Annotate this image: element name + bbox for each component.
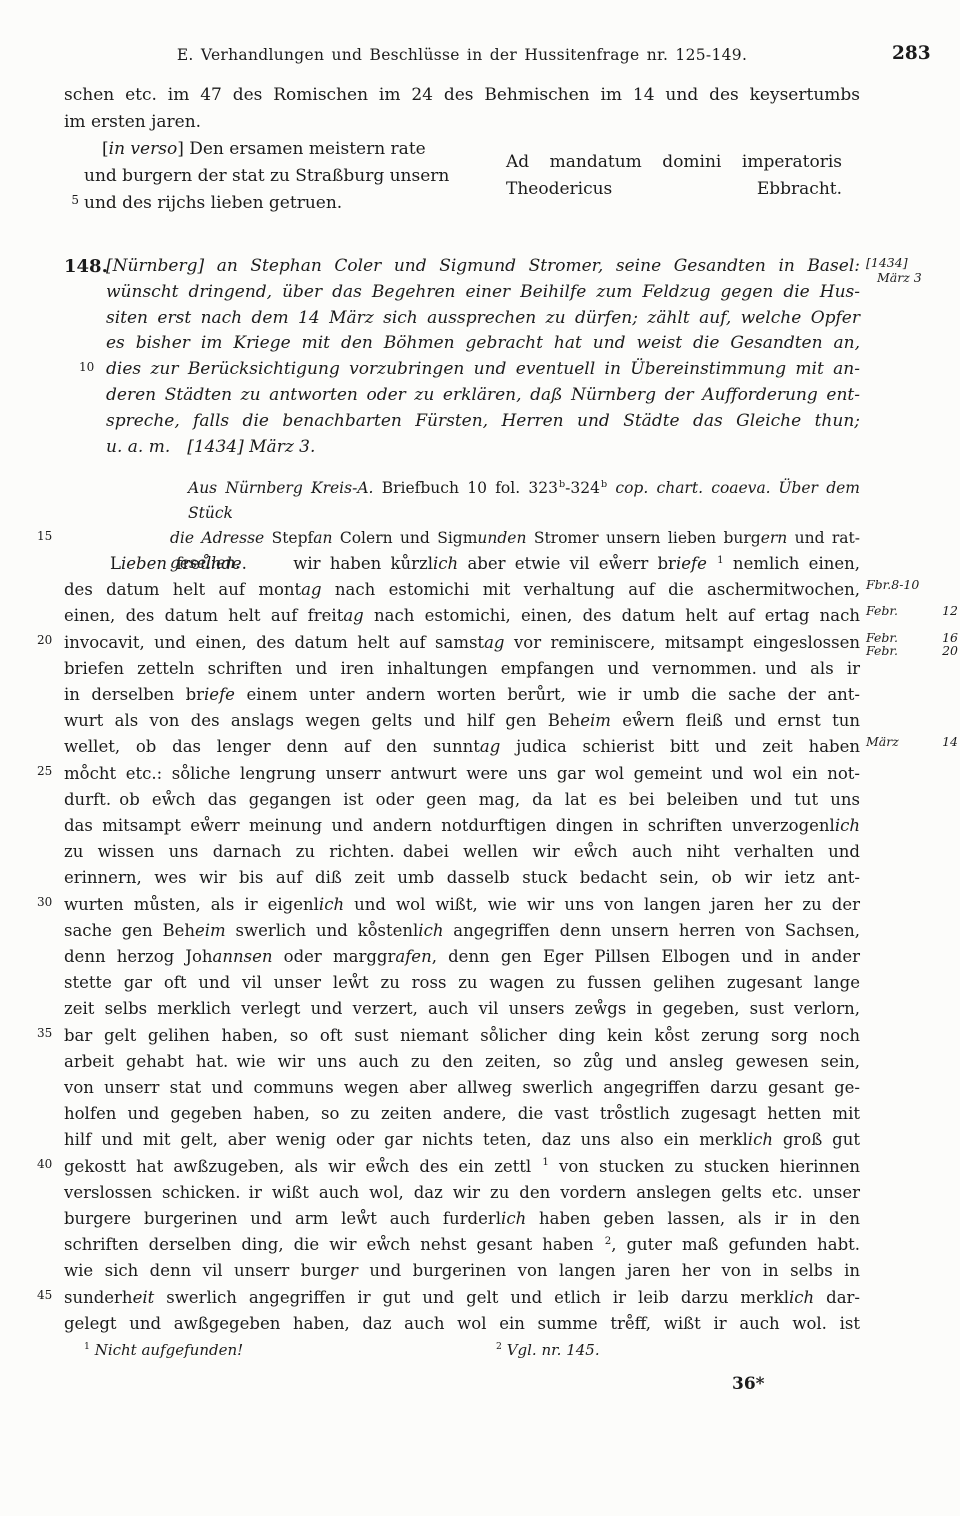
mandate-block: Ad mandatum domini imperatorisTheodericu… — [506, 149, 842, 203]
footnote-2: 2 Vgl. nr. 145. — [496, 1341, 600, 1359]
letter-line: burgere burgerinen und arm leẘt auch fur… — [64, 1206, 860, 1232]
letter-line: wurt als von des anslags wegen gelts und… — [64, 708, 860, 734]
margin-date-note: März 14 — [866, 735, 958, 749]
summary-line: dies zur Berücksichtigung vorzubringen u… — [106, 357, 860, 383]
letter-line: erinnern, wes wir bis auf diß zeit umb d… — [64, 865, 860, 891]
line-number: 20 — [37, 634, 59, 646]
margin-date-note: Fbr.8-10 — [866, 578, 958, 592]
letter-line: durft. ob eẘch das gegangen ist oder gee… — [64, 787, 860, 813]
running-head-title: E. Verhandlungen und Beschlüsse in der H… — [64, 46, 860, 64]
summary-line: es bisher im Kriege mit den Böhmen gebra… — [106, 331, 860, 357]
letter-line: briefen zetteln schriften und iren inhal… — [64, 656, 860, 682]
book-page: E. Verhandlungen und Beschlüsse in der H… — [0, 0, 960, 1516]
address-line: [in verso] Den ersamen meistern rate — [84, 136, 494, 163]
letter-line: zeit selbs merklich verlegt und verzert,… — [64, 996, 860, 1022]
letter-line: wellet, ob das lenger denn auf den sunnt… — [64, 734, 860, 760]
line-number: 10 — [79, 361, 101, 373]
summary-line: wünscht dringend, über das Begehren eine… — [106, 280, 860, 306]
intro-line: im ersten jaren. — [64, 109, 860, 136]
address-line: und burgern der stat zu Straßburg unsern — [84, 163, 494, 190]
summary-line: [Nürnberg] an Stephan Coler und Sigmund … — [106, 254, 860, 280]
letter-line: holfen und gegeben haben, so zu zeiten a… — [64, 1101, 860, 1127]
letter-line: mo̊cht etc.: so̊liche lengrung unserr an… — [64, 761, 860, 787]
letter-line: stette gar oft und vil unser leẘt zu ros… — [64, 970, 860, 996]
intro-line: schen etc. im 47 des Romischen im 24 des… — [64, 82, 860, 109]
footnote-1: 1 Nicht aufgefunden! — [84, 1341, 243, 1359]
letter-line: wurten můsten, als ir eigenlich und wol … — [64, 892, 860, 918]
line-number: 30 — [37, 896, 59, 908]
page-number: 283 — [892, 43, 931, 64]
letter-line: bar gelt gelihen haben, so oft sust niem… — [64, 1023, 860, 1049]
intro-paragraph: schen etc. im 47 des Romischen im 24 des… — [64, 82, 860, 136]
signature-mark: 36* — [732, 1374, 765, 1394]
source-line: die Adresse Stepfan Colern und Sigmunden… — [64, 526, 860, 551]
letter-line: Lieben freůnde. wir haben kůrzlich aber … — [64, 551, 860, 577]
mandate-line: Ad mandatum domini imperatoris — [506, 149, 842, 176]
letter-line: einen, des datum helt auf freitag nach e… — [64, 603, 860, 629]
summary-line: u. a. m. [1434] März 3. — [106, 435, 860, 461]
running-head: E. Verhandlungen und Beschlüsse in der H… — [64, 46, 860, 64]
letter-body: Lieben freůnde. wir haben kůrzlich aber … — [64, 551, 860, 1337]
letter-line: von unserr stat und communs wegen aber a… — [64, 1075, 860, 1101]
letter-line: das mitsampt eẘerr meinung und andern no… — [64, 813, 860, 839]
entry-summary: [Nürnberg] an Stephan Coler und Sigmund … — [106, 254, 860, 460]
margin-date-note: [1434]März 3 — [866, 255, 932, 285]
margin-date-line: [1434] — [866, 255, 932, 270]
line-number: 45 — [37, 1289, 59, 1301]
letter-line: schriften derselben ding, die wir eẘch n… — [64, 1232, 860, 1258]
letter-line: gelegt und awßgegeben haben, daz auch wo… — [64, 1311, 860, 1337]
letter-line: sunderheit swerlich angegriffen ir gut u… — [64, 1285, 860, 1311]
address-line: und des rijchs lieben getruen.5 — [84, 190, 494, 217]
letter-line: gekostt hat awßzugeben, als wir eẘch des… — [64, 1154, 860, 1180]
letter-line: hilf und mit gelt, aber wenig oder gar n… — [64, 1127, 860, 1153]
margin-date-note: Febr. 12 — [866, 604, 958, 618]
margin-date-line: März 3 — [866, 270, 932, 285]
letter-line: arbeit gehabt hat. wie wir uns auch zu d… — [64, 1049, 860, 1075]
line-number: 35 — [37, 1027, 59, 1039]
entry-number: 148. — [64, 254, 108, 280]
summary-line: siten erst nach dem 14 März sich ausspre… — [106, 306, 860, 332]
source-line: Aus Nürnberg Kreis-A. Briefbuch 10 fol. … — [64, 476, 860, 526]
summary-line: spreche, falls die benachbarten Fürsten,… — [106, 409, 860, 435]
line-number: 15 — [37, 530, 59, 542]
entry-148: 148. [1434]März 3 [Nürnberg] an Stephan … — [64, 254, 860, 460]
letter-line: in derselben briefe einem unter andern w… — [64, 682, 860, 708]
letter-line: invocavit, und einen, des datum helt auf… — [64, 630, 860, 656]
letter-line: sache gen Beheim swerlich und ko̊stenlic… — [64, 918, 860, 944]
address-block: [in verso] Den ersamen meistern rateund … — [84, 136, 494, 217]
summary-line: deren Städten zu antworten oder zu erklä… — [106, 383, 860, 409]
letter-line: des datum helt auf montag nach estomichi… — [64, 577, 860, 603]
verso-block: [in verso] Den ersamen meistern rateund … — [64, 136, 860, 217]
margin-date-note: Febr. 16Febr. 20 — [866, 631, 958, 658]
letter-line: wie sich denn vil unserr burger und burg… — [64, 1258, 860, 1284]
line-number: 25 — [37, 765, 59, 777]
mandate-line: Theodericus Ebbracht. — [506, 176, 842, 203]
letter-line: denn herzog Johannsen oder marggrafen, d… — [64, 944, 860, 970]
letter-line: verslossen schicken. ir wißt auch wol, d… — [64, 1180, 860, 1206]
letter-line: zu wissen uns darnach zu richten. dabei … — [64, 839, 860, 865]
line-number: 40 — [37, 1158, 59, 1170]
line-number: 5 — [57, 194, 79, 206]
